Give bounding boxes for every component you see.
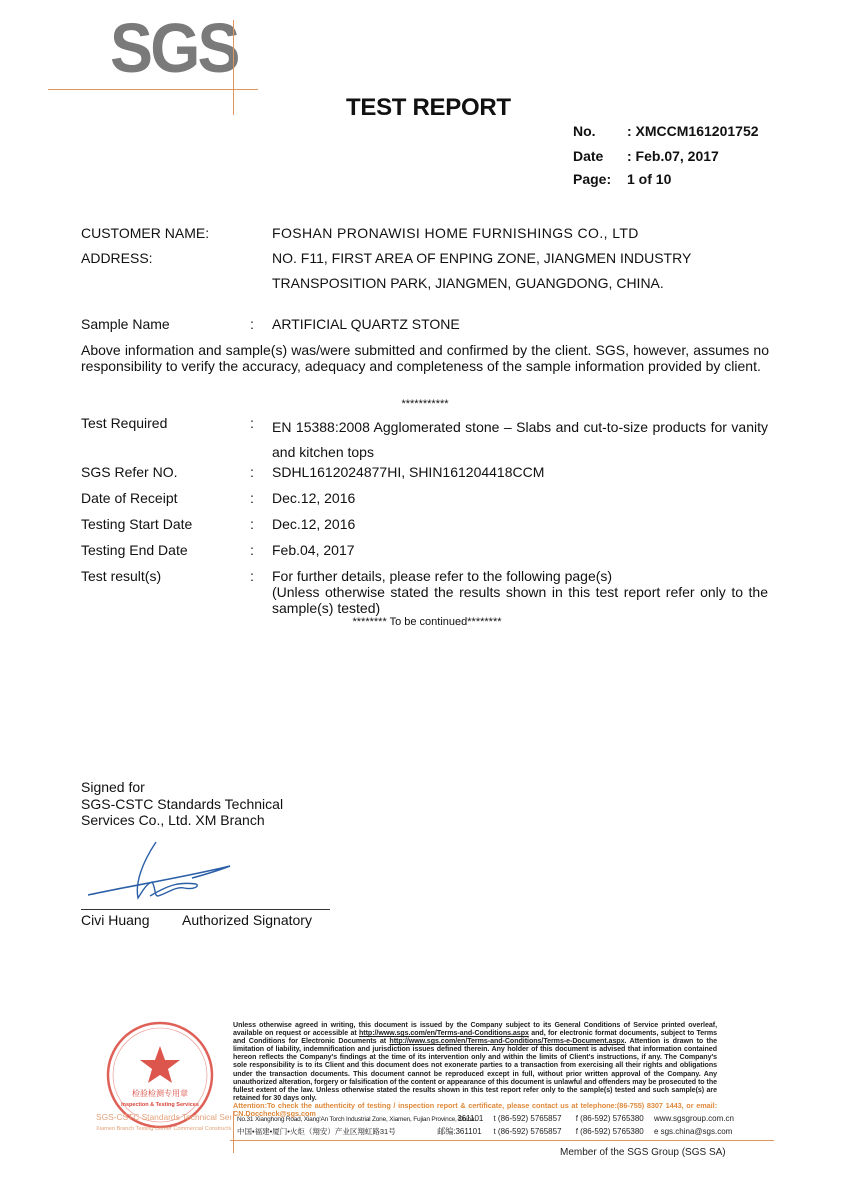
- e-document-terms-link[interactable]: http://www.sgs.com/en/Terms-and-Conditio…: [389, 1037, 624, 1045]
- report-number-value: : XMCCM161201752: [627, 123, 759, 139]
- signing-org-line-1: SGS-CSTC Standards Technical: [81, 796, 283, 813]
- fax: f (86-592) 5765380: [576, 1114, 652, 1123]
- test-results-label: Test result(s): [81, 568, 161, 584]
- stamp-caption-line-2: Xiamen Branch Testing Center Commercial …: [96, 1126, 231, 1132]
- email-link[interactable]: e sgs.china@sgs.com: [654, 1127, 732, 1136]
- sample-name-colon: :: [250, 316, 254, 332]
- svg-text:检验检测专用章: 检验检测专用章: [132, 1088, 188, 1098]
- report-date: Date: Feb.07, 2017: [573, 148, 719, 164]
- report-number: No.: XMCCM161201752: [573, 123, 759, 139]
- customer-name-label: CUSTOMER NAME:: [81, 225, 209, 241]
- postcode-cn: 邮编:361101: [437, 1126, 487, 1137]
- sgs-refer-colon: :: [250, 464, 254, 480]
- logo-accent-line: [48, 89, 158, 90]
- handwritten-signature: [80, 838, 250, 906]
- signer-name: Civi Huang: [81, 912, 149, 928]
- test-results-note: (Unless otherwise stated the results sho…: [272, 584, 768, 616]
- sample-name-value: ARTIFICIAL QUARTZ STONE: [272, 316, 460, 332]
- date-of-receipt-colon: :: [250, 490, 254, 506]
- testing-end-date-value: Feb.04, 2017: [272, 542, 355, 558]
- signature-line: [81, 909, 330, 910]
- legal-terms: Unless otherwise agreed in writing, this…: [233, 1021, 717, 1119]
- member-of-sgs-group: Member of the SGS Group (SGS SA): [560, 1147, 726, 1158]
- report-page-label: Page:: [573, 171, 627, 187]
- report-date-label: Date: [573, 148, 627, 164]
- signer-title: Authorized Signatory: [182, 912, 312, 928]
- testing-end-date-colon: :: [250, 542, 254, 558]
- report-date-value: : Feb.07, 2017: [627, 148, 719, 164]
- sgs-refer-label: SGS Refer NO.: [81, 464, 177, 480]
- separator-stars: ***********: [81, 398, 769, 410]
- address-line-1: NO. F11, FIRST AREA OF ENPING ZONE, JIAN…: [272, 250, 691, 266]
- test-results-colon: :: [250, 568, 254, 584]
- address-line-2: TRANSPOSITION PARK, JIANGMEN, GUANGDONG,…: [272, 275, 664, 291]
- address-cn: 中国•福建•厦门•火炬（翔安）产业区翔虹路31号: [237, 1126, 435, 1137]
- fax: f (86-592) 5765380: [576, 1127, 652, 1136]
- test-required-colon: :: [250, 415, 254, 431]
- report-number-label: No.: [573, 123, 627, 139]
- legal-text: . Attention is drawn to the limitation o…: [233, 1037, 717, 1102]
- test-required-label: Test Required: [81, 415, 167, 431]
- testing-start-date-colon: :: [250, 516, 254, 532]
- address-label: ADDRESS:: [81, 250, 153, 266]
- client-disclaimer: Above information and sample(s) was/were…: [81, 342, 769, 374]
- star-icon: [140, 1046, 180, 1083]
- to-be-continued: ******** To be continued********: [272, 616, 582, 628]
- signed-for-label: Signed for: [81, 779, 283, 796]
- website-link[interactable]: www.sgsgroup.com.cn: [654, 1114, 734, 1123]
- address-en: No.31 Xianghong Road, Xiang'An Torch Ind…: [237, 1116, 455, 1123]
- test-results-value: For further details, please refer to the…: [272, 568, 612, 584]
- address-row-en: No.31 Xianghong Road, Xiang'An Torch Ind…: [237, 1114, 734, 1123]
- footer-divider: [230, 1140, 774, 1141]
- date-of-receipt-label: Date of Receipt: [81, 490, 178, 506]
- address-row-cn: 中国•福建•厦门•火炬（翔安）产业区翔虹路31号 邮编:361101 t (86…: [237, 1126, 732, 1137]
- testing-start-date-label: Testing Start Date: [81, 516, 192, 532]
- report-page-value: 1 of 10: [627, 171, 671, 187]
- date-of-receipt-value: Dec.12, 2016: [272, 490, 355, 506]
- postcode-en: 361101: [457, 1114, 487, 1123]
- terms-link[interactable]: http://www.sgs.com/en/Terms-and-Conditio…: [359, 1029, 529, 1037]
- telephone: t (86-592) 5765857: [493, 1114, 573, 1123]
- svg-text:Inspection & Testing Services: Inspection & Testing Services: [121, 1102, 199, 1108]
- sample-name-label: Sample Name: [81, 316, 170, 332]
- stamp-caption-line-1: SGS-CSTC Standards Technical Services Co…: [96, 1112, 231, 1122]
- customer-name-value: FOSHAN PRONAWISI HOME FURNISHINGS CO., L…: [272, 225, 639, 241]
- report-title: TEST REPORT: [346, 94, 511, 122]
- testing-start-date-value: Dec.12, 2016: [272, 516, 355, 532]
- logo-accent-line: [233, 20, 234, 115]
- sgs-logo: SGS: [110, 8, 238, 88]
- telephone: t (86-592) 5765857: [493, 1127, 573, 1136]
- signing-org-line-2: Services Co., Ltd. XM Branch: [81, 812, 283, 829]
- signed-for-block: Signed for SGS-CSTC Standards Technical …: [81, 779, 283, 829]
- sgs-refer-value: SDHL1612024877HI, SHIN161204418CCM: [272, 464, 544, 480]
- report-page: Page:1 of 10: [573, 171, 671, 187]
- logo-accent-line: [158, 89, 258, 90]
- footer-divider-vertical: [233, 1111, 234, 1153]
- test-required-value: EN 15388:2008 Agglomerated stone – Slabs…: [272, 415, 768, 465]
- testing-end-date-label: Testing End Date: [81, 542, 188, 558]
